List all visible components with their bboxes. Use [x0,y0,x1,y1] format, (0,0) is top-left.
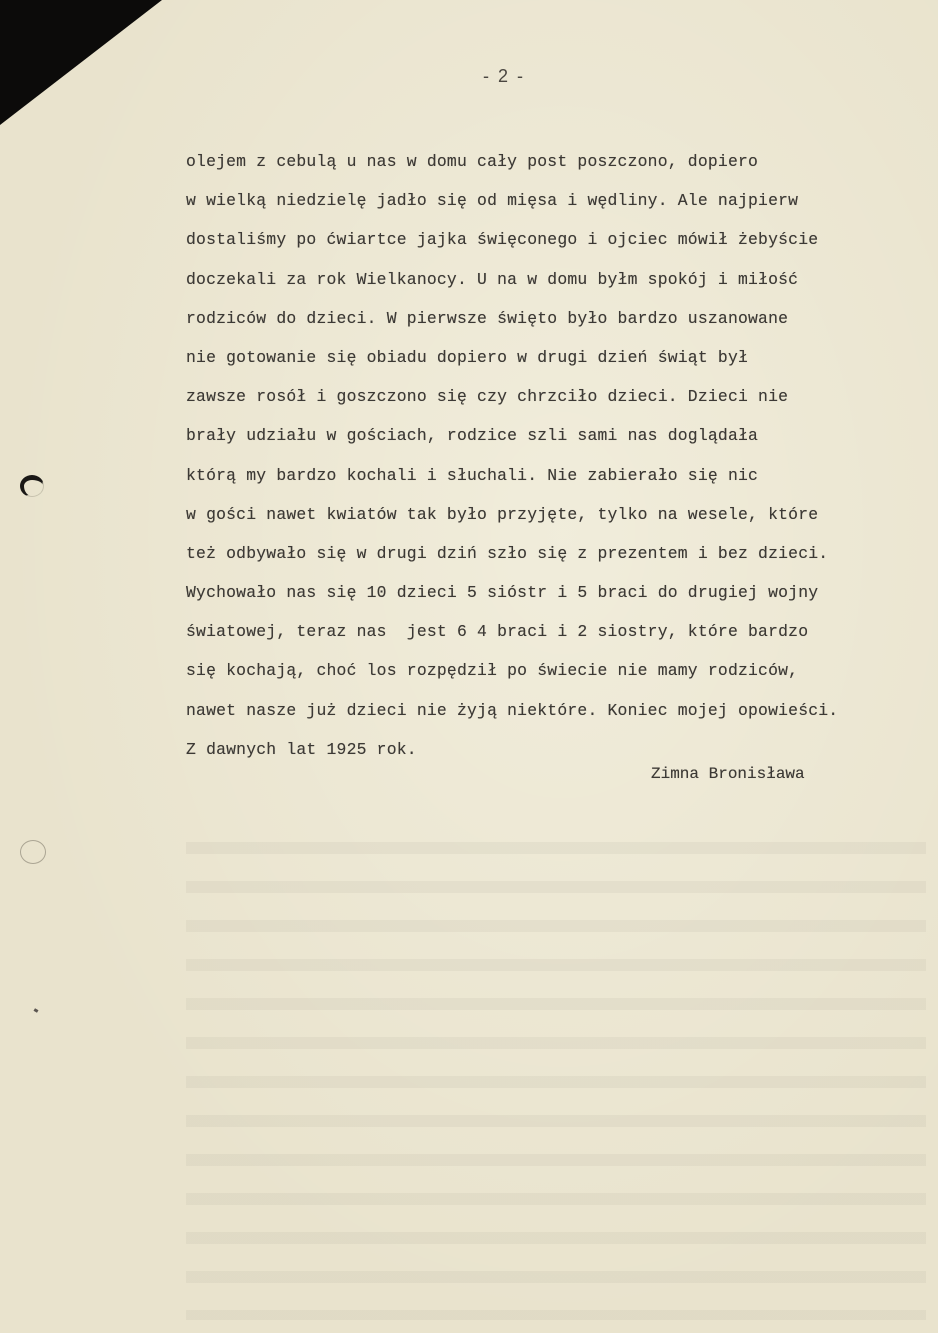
text-line: w gości nawet kwiatów tak było przyjęte,… [186,503,926,542]
text-line: nie gotowanie się obiadu dopiero w drugi… [186,346,926,385]
reverse-side-bleed-through [186,820,926,1320]
text-line: dostaliśmy po ćwiartce jajka święconego … [186,228,926,267]
text-line: zawsze rosół i goszczono się czy chrzcił… [186,385,926,424]
signature: Zimna Bronisława [651,765,805,783]
typed-letter-body: olejem z cebulą u nas w domu cały post p… [186,150,926,777]
text-line: w wielką niedzielę jadło się od mięsa i … [186,189,926,228]
punch-hole-icon [20,840,46,864]
scan-corner-shadow [0,0,162,125]
document-page: - 2 - olejem z cebulą u nas w domu cały … [0,0,938,1333]
text-line: rodziców do dzieci. W pierwsze święto by… [186,307,926,346]
text-line: Wychowało nas się 10 dzieci 5 sióstr i 5… [186,581,926,620]
text-line: się kochają, choć los rozpędził po świec… [186,659,926,698]
page-number: - 2 - [462,66,546,87]
text-line: Z dawnych lat 1925 rok. [186,738,926,777]
text-line: brały udziału w gościach, rodzice szli s… [186,424,926,463]
text-line: doczekali za rok Wielkanocy. U na w domu… [186,268,926,307]
text-line: światowej, teraz nas jest 6 4 braci i 2 … [186,620,926,659]
text-line: którą my bardzo kochali i słuchali. Nie … [186,464,926,503]
text-line: nawet nasze już dzieci nie żyją niektóre… [186,699,926,738]
text-line: też odbywało się w drugi dziń szło się z… [186,542,926,581]
paper-speck [34,1008,39,1013]
punch-hole-icon [20,475,44,497]
text-line: olejem z cebulą u nas w domu cały post p… [186,150,926,189]
